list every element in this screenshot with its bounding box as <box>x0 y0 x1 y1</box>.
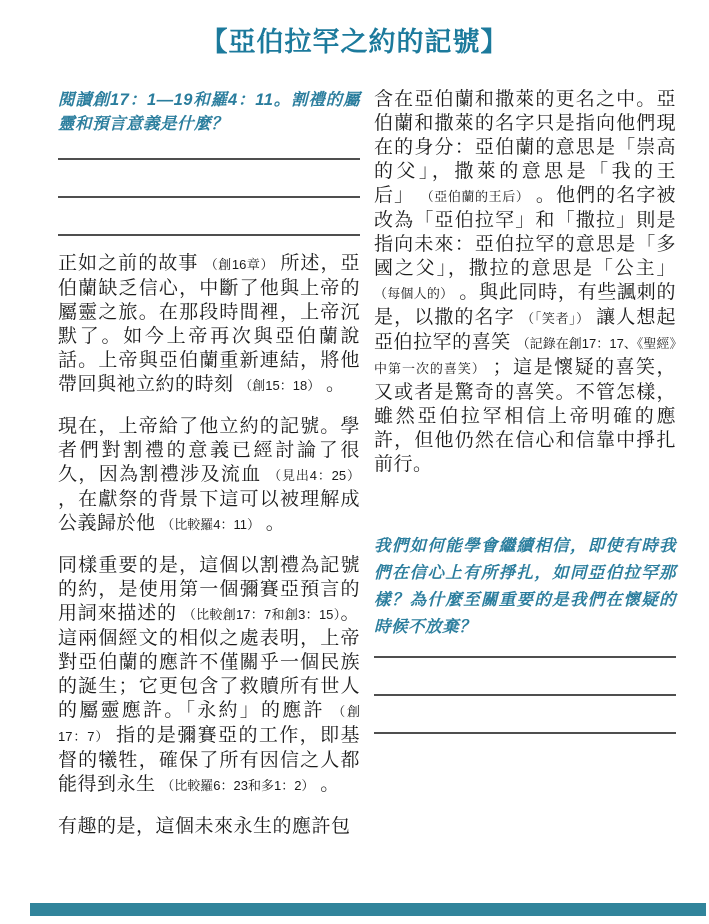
answer-line[interactable] <box>58 136 360 160</box>
body-text: 。 <box>260 513 285 534</box>
reading-question: 閱讀創17：1—19和羅4：11。割禮的屬靈和預言意義是什麼？ <box>58 88 360 136</box>
page-title: 【亞伯拉罕之約的記號】 <box>0 20 709 59</box>
scripture-reference: （亞伯蘭的王后） <box>421 189 530 204</box>
paragraph: 同樣重要的是，這個以割禮為記號的約，是使用第一個彌賽亞預言的用詞來描述的 （比較… <box>58 554 360 798</box>
left-column: 閱讀創17：1—19和羅4：11。割禮的屬靈和預言意義是什麼？ 正如之前的故事 … <box>58 88 360 839</box>
reflection-question: 我們如何能學會繼續相信，即使有時我們在信心上有所掙扎，如同亞伯拉罕那樣？為什麼至… <box>374 533 676 641</box>
body-text: 。 <box>320 374 345 395</box>
body-text: 所述，亞伯蘭缺乏信心，中斷了他與上帝的屬靈之旅。在那段時間裡，上帝沉默了。如今上… <box>58 253 360 395</box>
two-column-body: 閱讀創17：1—19和羅4：11。割禮的屬靈和預言意義是什麼？ 正如之前的故事 … <box>58 88 676 839</box>
scripture-reference: （見出4：25） <box>268 468 360 483</box>
body-text: 。 <box>314 774 339 795</box>
scripture-reference: （「笑者」） <box>521 311 590 326</box>
body-text: 正如之前的故事 <box>58 253 205 274</box>
answer-line[interactable] <box>374 641 676 658</box>
paragraph: 有趣的是，這個未來永生的應許包 <box>58 815 360 839</box>
scripture-reference: （創15：18） <box>239 378 320 393</box>
paragraph: 現在，上帝給了他立約的記號。學者們對割禮的意義已經討論了很久，因為割禮涉及流血 … <box>58 415 360 537</box>
scripture-reference: （創16章） <box>205 257 274 272</box>
body-text: 有趣的是，這個未來永生的應許包 <box>58 816 351 837</box>
right-column-paragraphs: 含在亞伯蘭和撒萊的更名之中。亞伯蘭和撒萊的名字只是指向他們現在的身分：亞伯蘭的意… <box>374 88 676 477</box>
scripture-reference: （每個人的） <box>374 286 453 301</box>
answer-lines-left <box>58 136 360 236</box>
study-guide-page: 【亞伯拉罕之約的記號】 閱讀創17：1—19和羅4：11。割禮的屬靈和預言意義是… <box>0 0 709 924</box>
answer-line[interactable] <box>58 160 360 198</box>
paragraph: 正如之前的故事 （創16章） 所述，亞伯蘭缺乏信心，中斷了他與上帝的屬靈之旅。在… <box>58 252 360 398</box>
scripture-reference: （比較羅4：11） <box>161 517 260 532</box>
left-column-paragraphs: 正如之前的故事 （創16章） 所述，亞伯蘭缺乏信心，中斷了他與上帝的屬靈之旅。在… <box>58 252 360 839</box>
answer-line[interactable] <box>374 658 676 696</box>
answer-lines-right <box>374 641 676 734</box>
footer-accent-bar <box>30 903 706 916</box>
scripture-reference: （比較創17：7和創3：15） <box>183 607 341 622</box>
paragraph: 含在亞伯蘭和撒萊的更名之中。亞伯蘭和撒萊的名字只是指向他們現在的身分：亞伯蘭的意… <box>374 88 676 477</box>
right-column: 含在亞伯蘭和撒萊的更名之中。亞伯蘭和撒萊的名字只是指向他們現在的身分：亞伯蘭的意… <box>374 88 676 839</box>
answer-line[interactable] <box>374 696 676 734</box>
answer-line[interactable] <box>58 198 360 236</box>
scripture-reference: （比較羅6：23和多1：2） <box>161 778 314 793</box>
